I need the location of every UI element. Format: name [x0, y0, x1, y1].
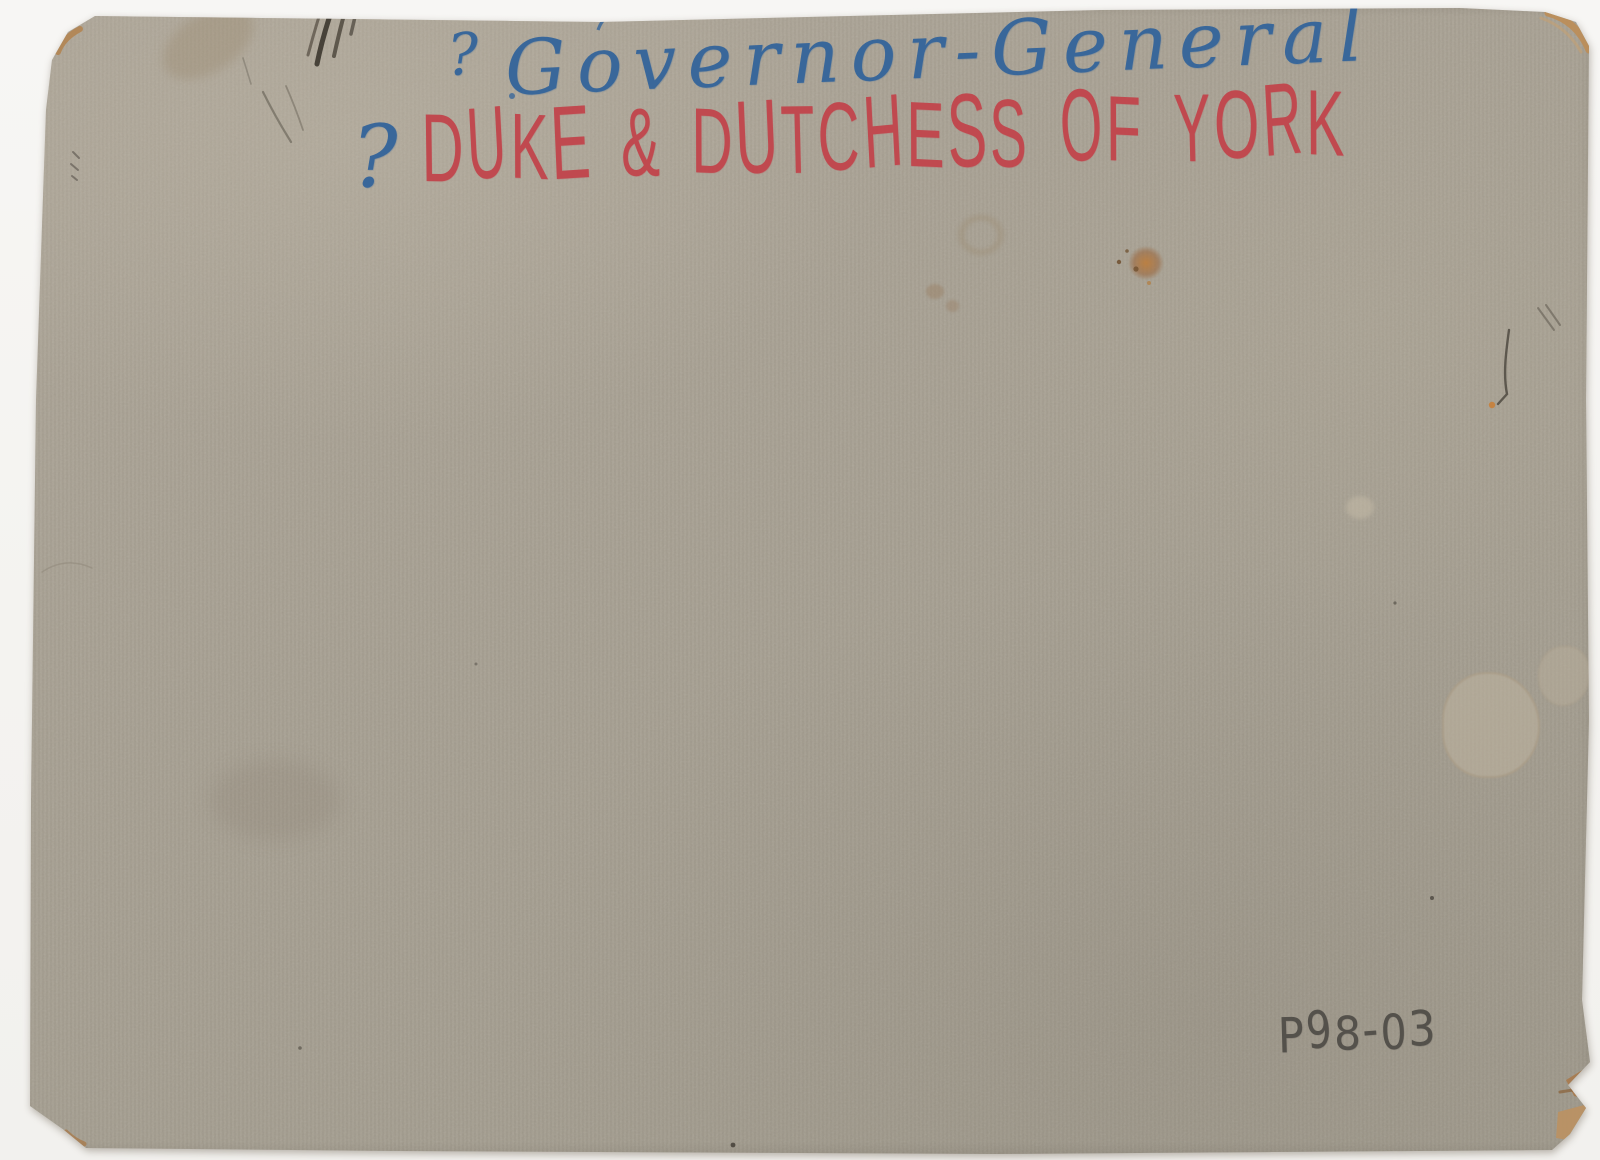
scanner-bed-background: ?Governor-General ?DUKE & DUTCHESS OF YO… — [0, 0, 1600, 1160]
blue-question-mark: ? — [446, 20, 480, 89]
red-ink-text: DUKE & DUTCHESS OF YORK — [421, 73, 1349, 197]
red-line-question-mark: ? — [351, 107, 400, 208]
pencil-catalog-number: P98-03 — [1277, 1003, 1439, 1060]
scuff-marks-top — [71, 5, 357, 180]
rust-speckles — [1117, 249, 1151, 285]
scratch-marks-right — [42, 305, 1560, 572]
dust-specks — [298, 601, 1434, 1147]
card-surface: ?Governor-General ?DUKE & DUTCHESS OF YO… — [0, 0, 1600, 1160]
photo-card-verso: ?Governor-General ?DUKE & DUTCHESS OF YO… — [0, 0, 1600, 1160]
